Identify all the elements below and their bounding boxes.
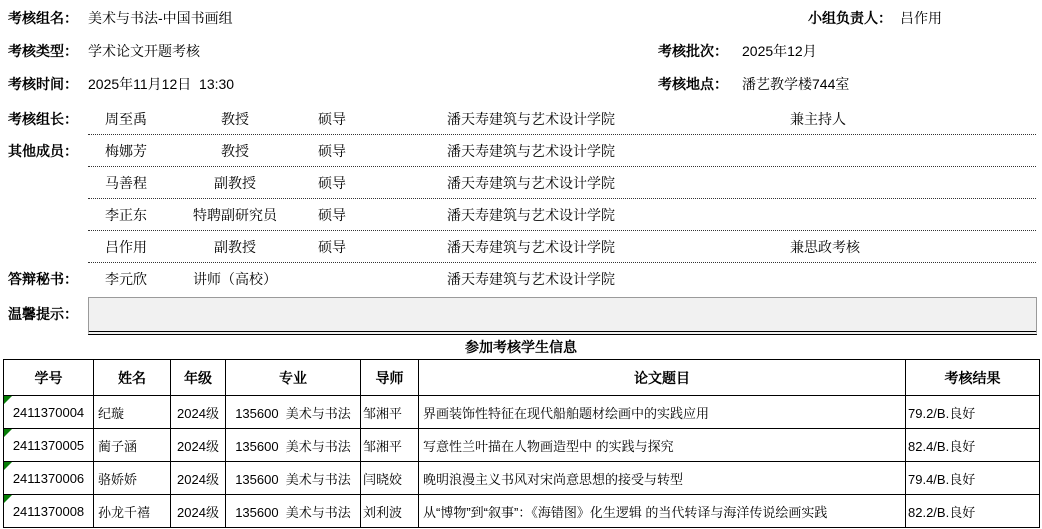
- col-name: 姓名: [94, 360, 171, 396]
- member-college: 潘天寿建筑与艺术设计学院: [447, 199, 615, 231]
- type-value: 学术论文开题考核: [88, 41, 200, 61]
- student-grade-cell: 2024级: [171, 462, 226, 495]
- member-name: 李正东: [105, 199, 147, 231]
- student-name-cell: 蔺子涵: [94, 429, 171, 462]
- student-major-cell: 135600 美术与书法: [226, 429, 361, 462]
- location-label: 考核地点：: [658, 74, 728, 94]
- student-name-cell: 纪璇: [94, 396, 171, 429]
- committee-row: 吕作用 副教授 硕导 潘天寿建筑与艺术设计学院 兼思政考核: [0, 231, 1042, 263]
- member-title: 副教授: [175, 231, 295, 263]
- member-supervisor: 硕导: [318, 103, 346, 135]
- student-id-cell: 2411370005: [4, 429, 94, 462]
- committee-row: 其他成员： 梅娜芳 教授 硕导 潘天寿建筑与艺术设计学院: [0, 135, 1042, 167]
- student-id: 2411370008: [13, 504, 84, 519]
- cell-error-triangle-icon: [4, 495, 12, 503]
- col-advisor: 导师: [361, 360, 419, 396]
- member-name: 马善程: [105, 167, 147, 199]
- student-result-cell: 79.4/B.良好: [906, 462, 1040, 495]
- committee-row: 答辩秘书： 李元欣 讲师（高校） 潘天寿建筑与艺术设计学院: [0, 263, 1042, 295]
- member-name: 吕作用: [105, 231, 147, 263]
- student-row: 2411370006 骆娇娇 2024级 135600 美术与书法 闫晓姣 晚明…: [4, 462, 1040, 495]
- student-id-cell: 2411370004: [4, 396, 94, 429]
- student-name-cell: 孙龙千禧: [94, 495, 171, 528]
- student-major-cell: 135600 美术与书法: [226, 462, 361, 495]
- student-result-cell: 82.4/B.良好: [906, 429, 1040, 462]
- member-title: 讲师（高校）: [175, 263, 295, 295]
- tip-label: 温馨提示：: [8, 297, 78, 331]
- student-name-cell: 骆娇娇: [94, 462, 171, 495]
- col-result: 考核结果: [906, 360, 1040, 396]
- student-id-cell: 2411370006: [4, 462, 94, 495]
- member-college: 潘天寿建筑与艺术设计学院: [447, 135, 615, 167]
- committee-row: 马善程 副教授 硕导 潘天寿建筑与艺术设计学院: [0, 167, 1042, 199]
- member-supervisor: 硕导: [318, 231, 346, 263]
- batch-value: 2025年12月: [742, 41, 817, 61]
- member-role: 考核组长：: [8, 103, 78, 135]
- committee-row: 李正东 特聘副研究员 硕导 潘天寿建筑与艺术设计学院: [0, 199, 1042, 231]
- student-row: 2411370008 孙龙千禧 2024级 135600 美术与书法 刘利波 从…: [4, 495, 1040, 528]
- member-note: 兼主持人: [790, 103, 846, 135]
- student-grade-cell: 2024级: [171, 429, 226, 462]
- committee-list: 考核组长： 周至禹 教授 硕导 潘天寿建筑与艺术设计学院 兼主持人 其他成员： …: [0, 103, 1042, 295]
- member-note: 兼思政考核: [790, 231, 860, 263]
- committee-row: 考核组长： 周至禹 教授 硕导 潘天寿建筑与艺术设计学院 兼主持人: [0, 103, 1042, 135]
- student-thesis-cell: 从“博物”到“叙事”：《海错图》化生逻辑 的当代转译与海洋传说绘画实践: [419, 495, 906, 528]
- students-section-title: 参加考核学生信息: [0, 337, 1042, 357]
- member-supervisor: 硕导: [318, 135, 346, 167]
- type-label: 考核类型：: [8, 41, 78, 61]
- student-thesis-cell: 界画装饰性特征在现代船舶题材绘画中的实践应用: [419, 396, 906, 429]
- time-value: 2025年11月12日 13:30: [88, 74, 234, 94]
- student-advisor-cell: 刘利波: [361, 495, 419, 528]
- group-name-label: 考核组名：: [8, 8, 78, 28]
- student-major-cell: 135600 美术与书法: [226, 396, 361, 429]
- member-college: 潘天寿建筑与艺术设计学院: [447, 167, 615, 199]
- member-college: 潘天寿建筑与艺术设计学院: [447, 103, 615, 135]
- member-name: 李元欣: [105, 263, 147, 295]
- member-name: 梅娜芳: [105, 135, 147, 167]
- tip-box: 考核通过者请答辩结束后1周内完成开题考核报告修改，须提交修改清单及最终版检查报告…: [88, 297, 1037, 335]
- student-advisor-cell: 闫晓姣: [361, 462, 419, 495]
- col-major: 专业: [226, 360, 361, 396]
- time-label: 考核时间：: [8, 74, 78, 94]
- student-thesis-cell: 晚明浪漫主义书风对宋尚意思想的接受与转型: [419, 462, 906, 495]
- student-id: 2411370006: [13, 471, 84, 486]
- student-row: 2411370005 蔺子涵 2024级 135600 美术与书法 邹湘平 写意…: [4, 429, 1040, 462]
- student-thesis-cell: 写意性兰叶描在人物画造型中 的实践与探究: [419, 429, 906, 462]
- student-major-cell: 135600 美术与书法: [226, 495, 361, 528]
- member-title: 副教授: [175, 167, 295, 199]
- student-id: 2411370004: [13, 405, 84, 420]
- member-name: 周至禹: [105, 103, 147, 135]
- leader-label: 小组负责人：: [808, 8, 892, 28]
- students-header-row: 学号 姓名 年级 专业 导师 论文题目 考核结果: [4, 360, 1040, 396]
- member-role: 其他成员：: [8, 135, 78, 167]
- student-advisor-cell: 邹湘平: [361, 429, 419, 462]
- group-name-value: 美术与书法-中国书画组: [88, 8, 233, 28]
- student-result-cell: 79.2/B.良好: [906, 396, 1040, 429]
- member-title: 特聘副研究员: [175, 199, 295, 231]
- cell-error-triangle-icon: [4, 429, 12, 437]
- student-result-cell: 82.2/B.良好: [906, 495, 1040, 528]
- location-value: 潘艺教学楼744室: [742, 74, 849, 94]
- member-college: 潘天寿建筑与艺术设计学院: [447, 231, 615, 263]
- batch-label: 考核批次：: [658, 41, 728, 61]
- member-role: 答辩秘书：: [8, 263, 78, 295]
- assessment-sheet: 考核组名： 美术与书法-中国书画组 小组负责人： 吕作用 考核类型： 学术论文开…: [0, 0, 1042, 529]
- col-grade: 年级: [171, 360, 226, 396]
- student-grade-cell: 2024级: [171, 495, 226, 528]
- student-id-cell: 2411370008: [4, 495, 94, 528]
- cell-error-triangle-icon: [4, 396, 12, 404]
- col-thesis-title: 论文题目: [419, 360, 906, 396]
- cell-error-triangle-icon: [4, 462, 12, 470]
- student-advisor-cell: 邹湘平: [361, 396, 419, 429]
- students-table: 学号 姓名 年级 专业 导师 论文题目 考核结果 2411370004 纪璇 2…: [3, 359, 1040, 528]
- member-title: 教授: [175, 135, 295, 167]
- member-supervisor: 硕导: [318, 167, 346, 199]
- student-id: 2411370005: [13, 438, 84, 453]
- member-supervisor: 硕导: [318, 199, 346, 231]
- leader-value: 吕作用: [900, 8, 942, 28]
- col-student-id: 学号: [4, 360, 94, 396]
- member-title: 教授: [175, 103, 295, 135]
- member-college: 潘天寿建筑与艺术设计学院: [447, 263, 615, 295]
- student-grade-cell: 2024级: [171, 396, 226, 429]
- student-row: 2411370004 纪璇 2024级 135600 美术与书法 邹湘平 界画装…: [4, 396, 1040, 429]
